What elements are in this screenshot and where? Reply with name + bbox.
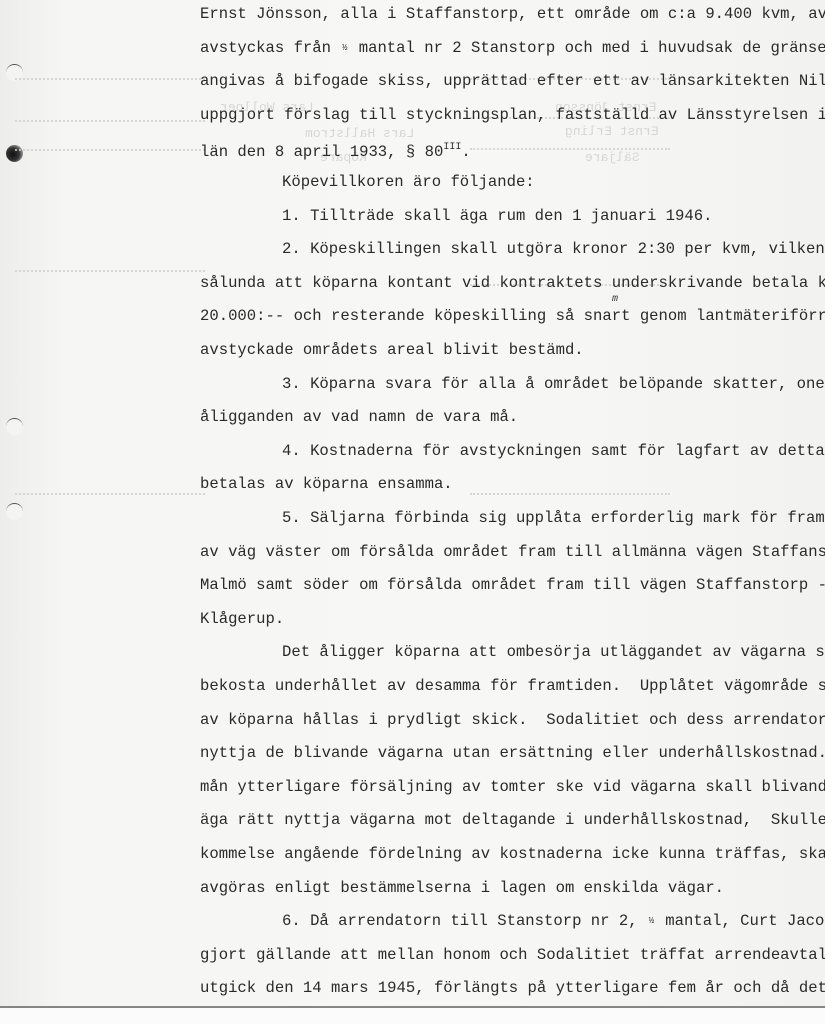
text-span: mantal, Curt Jacobsson, — [656, 912, 825, 930]
text-span: Klågerup. — [200, 610, 284, 628]
text-line: län den 8 april 1933, § 80III. — [200, 138, 471, 162]
text-span: län den 8 april 1933, § 80 — [200, 143, 443, 161]
text-line: bekosta underhållet av desamma för framt… — [200, 676, 825, 696]
text-line: Ernst Jönsson, alla i Staffanstorp, ett … — [200, 4, 825, 24]
text-span: mån ytterligare försäljning av tomter sk… — [200, 778, 825, 796]
scanner-background — [0, 1008, 825, 1024]
text-line: angivas å bifogade skiss, upprättad efte… — [200, 71, 825, 91]
text-span: nyttja de blivande vägarna utan ersättni… — [200, 744, 825, 762]
text-span: Det åligger köparna att ombesörja utlägg… — [282, 643, 825, 661]
bleed-through-line — [15, 78, 205, 80]
text-line: avstyckas från ½ mantal nr 2 Stanstorp o… — [200, 38, 825, 58]
text-line: betalas av köparna ensamma. — [200, 474, 453, 494]
clause-1: 1. Tillträde skall äga rum den 1 januari… — [282, 206, 712, 226]
text-span: betalas av köparna ensamma. — [200, 475, 453, 493]
scanned-document-page: Ernst Erling Säljare Lars Hallstrom Köpa… — [0, 0, 825, 1010]
bleed-through-line — [15, 493, 205, 495]
text-line: kommelse angående fördelning av kostnade… — [200, 844, 825, 864]
bleed-through-line — [470, 148, 670, 150]
text-line: äga rätt nyttja vägarna mot deltagande i… — [200, 810, 825, 830]
text-line: nyttja de blivande vägarna utan ersättni… — [200, 743, 825, 763]
text-span: 20.000:-- och resterande köpeskilling så… — [200, 307, 825, 325]
text-span: gjort gällande att mellan honom och Soda… — [200, 946, 825, 964]
bleed-through-text: Ernst Erling — [565, 124, 659, 139]
fraction-half: ½ — [647, 917, 656, 925]
text-span: Ernst Jönsson, alla i Staffanstorp, ett … — [200, 5, 825, 23]
text-line: utgick den 14 mars 1945, förlängts på yt… — [200, 978, 825, 998]
text-span: 5. Säljarna förbinda sig upplåta erforde… — [282, 509, 825, 527]
text-span: åligganden av vad namn de vara må. — [200, 408, 518, 426]
bleed-through-line — [470, 493, 670, 495]
text-line: 20.000:-- och resterande köpeskilling så… — [200, 306, 825, 326]
bleed-through-line — [15, 270, 205, 272]
paragraph-start: Det åligger köparna att ombesörja utlägg… — [282, 642, 825, 662]
text-line: Malmö samt söder om försålda området fra… — [200, 575, 825, 595]
text-line: avgöras enligt bestämmelserna i lagen om… — [200, 878, 724, 898]
text-line: uppgjort förslag till styckningsplan, fa… — [200, 105, 825, 125]
text-line: avstyckade områdets areal blivit bestämd… — [200, 340, 584, 360]
clause-2: 2. Köpeskillingen skall utgöra kronor 2:… — [282, 239, 825, 259]
clause-6: 6. Då arrendatorn till Stanstorp nr 2, ½… — [282, 911, 825, 931]
text-span: av köparna hållas i prydligt skick. Soda… — [200, 711, 825, 729]
text-line: Klågerup. — [200, 609, 284, 629]
text-line: av väg väster om försålda området fram t… — [200, 542, 825, 562]
text-span: sålunda att köparna kontant vid kontrakt… — [200, 274, 825, 292]
punch-hole-icon — [6, 418, 23, 435]
text-span: 6. Då arrendatorn till Stanstorp nr 2, — [282, 912, 647, 930]
text-span: angivas å bifogade skiss, upprättad efte… — [200, 72, 825, 90]
punch-hole-icon — [6, 503, 23, 520]
punch-hole-icon — [6, 145, 23, 162]
section-heading: Köpevillkoren äro följande: — [282, 172, 535, 192]
text-span: . — [461, 143, 470, 161]
bleed-through-text: Säljare — [585, 150, 640, 165]
text-span: bekosta underhållet av desamma för framt… — [200, 677, 825, 695]
text-line: gjort gällande att mellan honom och Soda… — [200, 945, 825, 965]
text-span: uppgjort förslag till styckningsplan, fa… — [200, 106, 825, 124]
clause-4: 4. Kostnaderna för avstyckningen samt fö… — [282, 441, 825, 461]
text-span: av väg väster om försålda området fram t… — [200, 543, 825, 561]
text-line: åligganden av vad namn de vara må. — [200, 407, 518, 427]
text-span: 1. Tillträde skall äga rum den 1 januari… — [282, 207, 712, 225]
text-span: mantal nr 2 Stanstorp och med i huvudsak… — [349, 39, 825, 57]
text-span: avgöras enligt bestämmelserna i lagen om… — [200, 879, 724, 897]
text-line: mån ytterligare försäljning av tomter sk… — [200, 777, 825, 797]
text-span: Köpevillkoren äro följande: — [282, 173, 535, 191]
superscript-roman: III — [443, 142, 461, 153]
text-span: avstyckas från — [200, 39, 340, 57]
text-span: utgick den 14 mars 1945, förlängts på yt… — [200, 979, 825, 997]
text-line: av köparna hållas i prydligt skick. Soda… — [200, 710, 825, 730]
text-span: äga rätt nyttja vägarna mot deltagande i… — [200, 811, 825, 829]
bleed-through-line — [15, 149, 205, 151]
text-span: 2. Köpeskillingen skall utgöra kronor 2:… — [282, 240, 825, 258]
text-span: avstyckade områdets areal blivit bestämd… — [200, 341, 584, 359]
text-span: 4. Kostnaderna för avstyckningen samt fö… — [282, 442, 825, 460]
text-span: kommelse angående fördelning av kostnade… — [200, 845, 825, 863]
clause-3: 3. Köparna svara för alla å området belö… — [282, 374, 825, 394]
clause-5: 5. Säljarna förbinda sig upplåta erforde… — [282, 508, 825, 528]
text-line: sålunda att köparna kontant vid kontrakt… — [200, 273, 825, 293]
bleed-through-line — [15, 120, 205, 122]
text-span: Malmö samt söder om försålda området fra… — [200, 576, 825, 594]
text-span: 3. Köparna svara för alla å området belö… — [282, 375, 825, 393]
handwritten-correction: m — [612, 294, 618, 305]
